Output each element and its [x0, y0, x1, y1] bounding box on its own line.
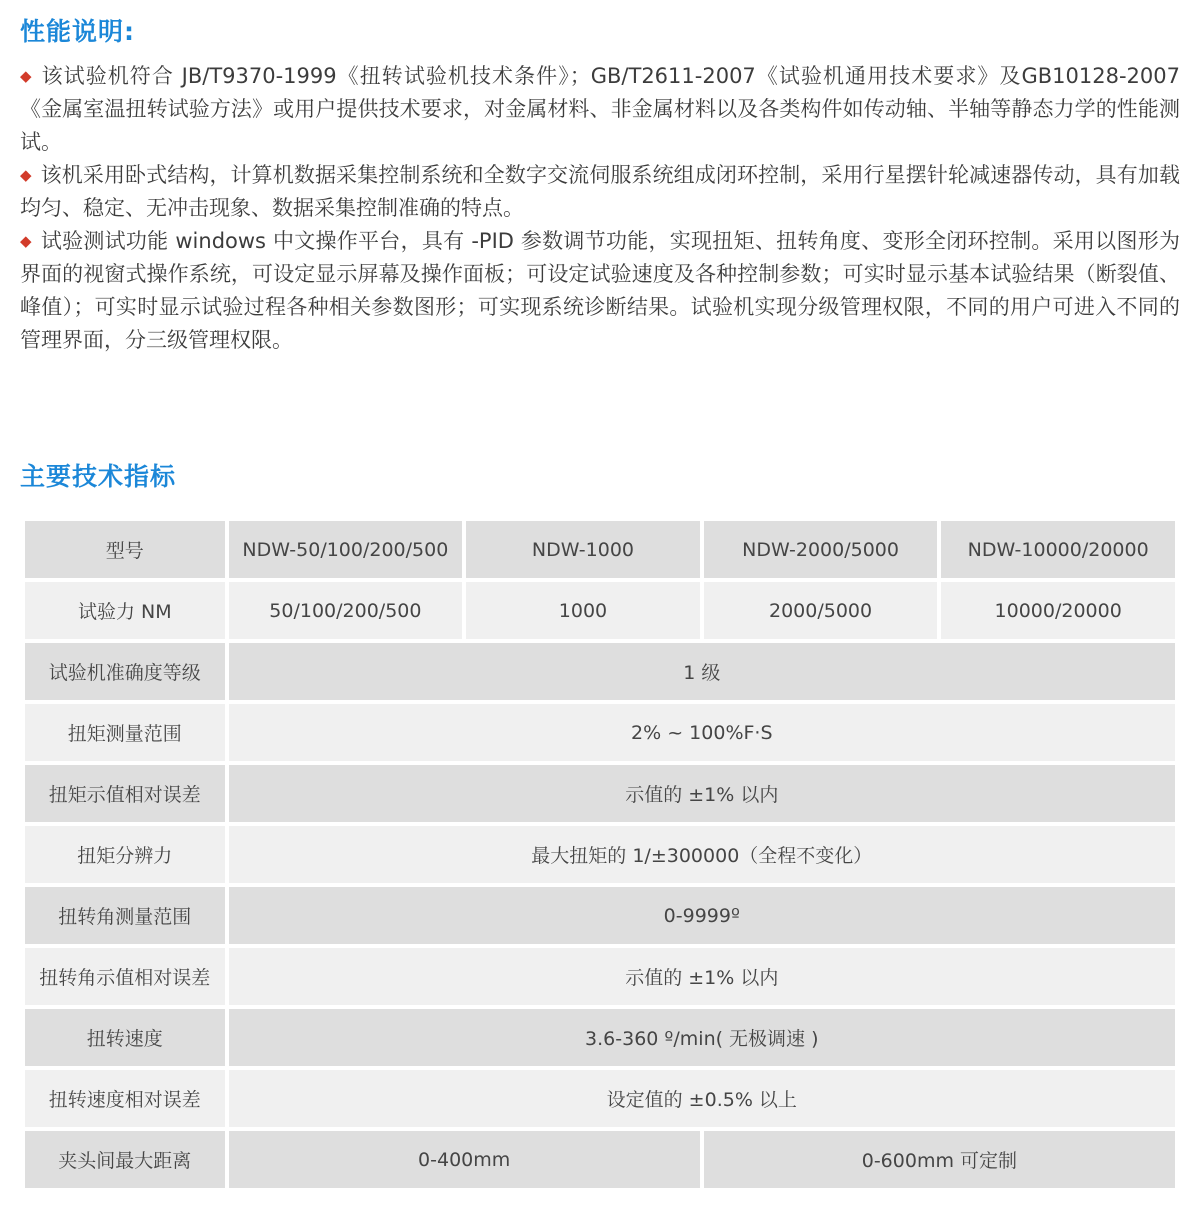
row-value: 50/100/200/500: [229, 582, 463, 639]
table-row-torsion-speed: 扭转速度 3.6-360 º/min( 无极调速 ): [25, 1009, 1175, 1066]
row-value: 示值的 ±1% 以内: [229, 948, 1175, 1005]
row-value: 2000/5000: [704, 582, 938, 639]
performance-bullet-2-text: 该机采用卧式结构，计算机数据采集控制系统和全数字交流伺服系统组成闭环控制，采用行…: [20, 163, 1180, 220]
row-value: 0-400mm: [229, 1131, 700, 1188]
row-value: 10000/20000: [941, 582, 1175, 639]
row-value: 0-9999º: [229, 887, 1175, 944]
row-value: 最大扭矩的 1/±300000（全程不变化）: [229, 826, 1175, 883]
performance-bullet-1: ◆该试验机符合 JB/T9370-1999《扭转试验机技术条件》；GB/T261…: [20, 60, 1180, 159]
row-value: 设定值的 ±0.5% 以上: [229, 1070, 1175, 1127]
row-label: 扭矩分辨力: [25, 826, 225, 883]
table-header-row: 型号 NDW-50/100/200/500 NDW-1000 NDW-2000/…: [25, 521, 1175, 578]
table-row-torque-resolution: 扭矩分辨力 最大扭矩的 1/±300000（全程不变化）: [25, 826, 1175, 883]
performance-bullet-3-text: 试验测试功能 windows 中文操作平台，具有 -PID 参数调节功能，实现扭…: [20, 229, 1180, 352]
row-value: 2% ~ 100%F·S: [229, 704, 1175, 761]
row-label: 扭矩示值相对误差: [25, 765, 225, 822]
row-value: 3.6-360 º/min( 无极调速 ): [229, 1009, 1175, 1066]
row-label: 夹头间最大距离: [25, 1131, 225, 1188]
performance-bullet-1-text: 该试验机符合 JB/T9370-1999《扭转试验机技术条件》；GB/T2611…: [20, 64, 1180, 154]
specs-section-title: 主要技术指标: [20, 457, 1180, 493]
table-row-angle-error: 扭转角示值相对误差 示值的 ±1% 以内: [25, 948, 1175, 1005]
row-label: 扭矩测量范围: [25, 704, 225, 761]
row-value: 0-600mm 可定制: [704, 1131, 1175, 1188]
row-label: 试验机准确度等级: [25, 643, 225, 700]
row-label: 扭转速度: [25, 1009, 225, 1066]
table-row-angle-range: 扭转角测量范围 0-9999º: [25, 887, 1175, 944]
specs-table: 型号 NDW-50/100/200/500 NDW-1000 NDW-2000/…: [21, 517, 1179, 1192]
performance-section-title: 性能说明:: [20, 12, 1180, 48]
col-header-ndw10000: NDW-10000/20000: [941, 521, 1175, 578]
diamond-bullet-icon: ◆: [20, 232, 32, 250]
page-content: 性能说明: ◆该试验机符合 JB/T9370-1999《扭转试验机技术条件》；G…: [0, 0, 1200, 1192]
row-value: 1 级: [229, 643, 1175, 700]
row-label: 扭转角示值相对误差: [25, 948, 225, 1005]
table-row-torque-range: 扭矩测量范围 2% ~ 100%F·S: [25, 704, 1175, 761]
table-row-test-force: 试验力 NM 50/100/200/500 1000 2000/5000 100…: [25, 582, 1175, 639]
row-value: 示值的 ±1% 以内: [229, 765, 1175, 822]
table-row-torque-error: 扭矩示值相对误差 示值的 ±1% 以内: [25, 765, 1175, 822]
col-header-model: 型号: [25, 521, 225, 578]
col-header-ndw1000: NDW-1000: [466, 521, 700, 578]
col-header-ndw50: NDW-50/100/200/500: [229, 521, 463, 578]
table-row-chuck-distance: 夹头间最大距离 0-400mm 0-600mm 可定制: [25, 1131, 1175, 1188]
col-header-ndw2000: NDW-2000/5000: [704, 521, 938, 578]
diamond-bullet-icon: ◆: [20, 166, 32, 184]
table-row-accuracy-class: 试验机准确度等级 1 级: [25, 643, 1175, 700]
diamond-bullet-icon: ◆: [20, 67, 33, 85]
table-row-speed-error: 扭转速度相对误差 设定值的 ±0.5% 以上: [25, 1070, 1175, 1127]
performance-bullet-3: ◆试验测试功能 windows 中文操作平台，具有 -PID 参数调节功能，实现…: [20, 225, 1180, 357]
row-label: 扭转速度相对误差: [25, 1070, 225, 1127]
row-label: 扭转角测量范围: [25, 887, 225, 944]
row-label: 试验力 NM: [25, 582, 225, 639]
row-value: 1000: [466, 582, 700, 639]
performance-bullet-2: ◆该机采用卧式结构，计算机数据采集控制系统和全数字交流伺服系统组成闭环控制，采用…: [20, 159, 1180, 225]
